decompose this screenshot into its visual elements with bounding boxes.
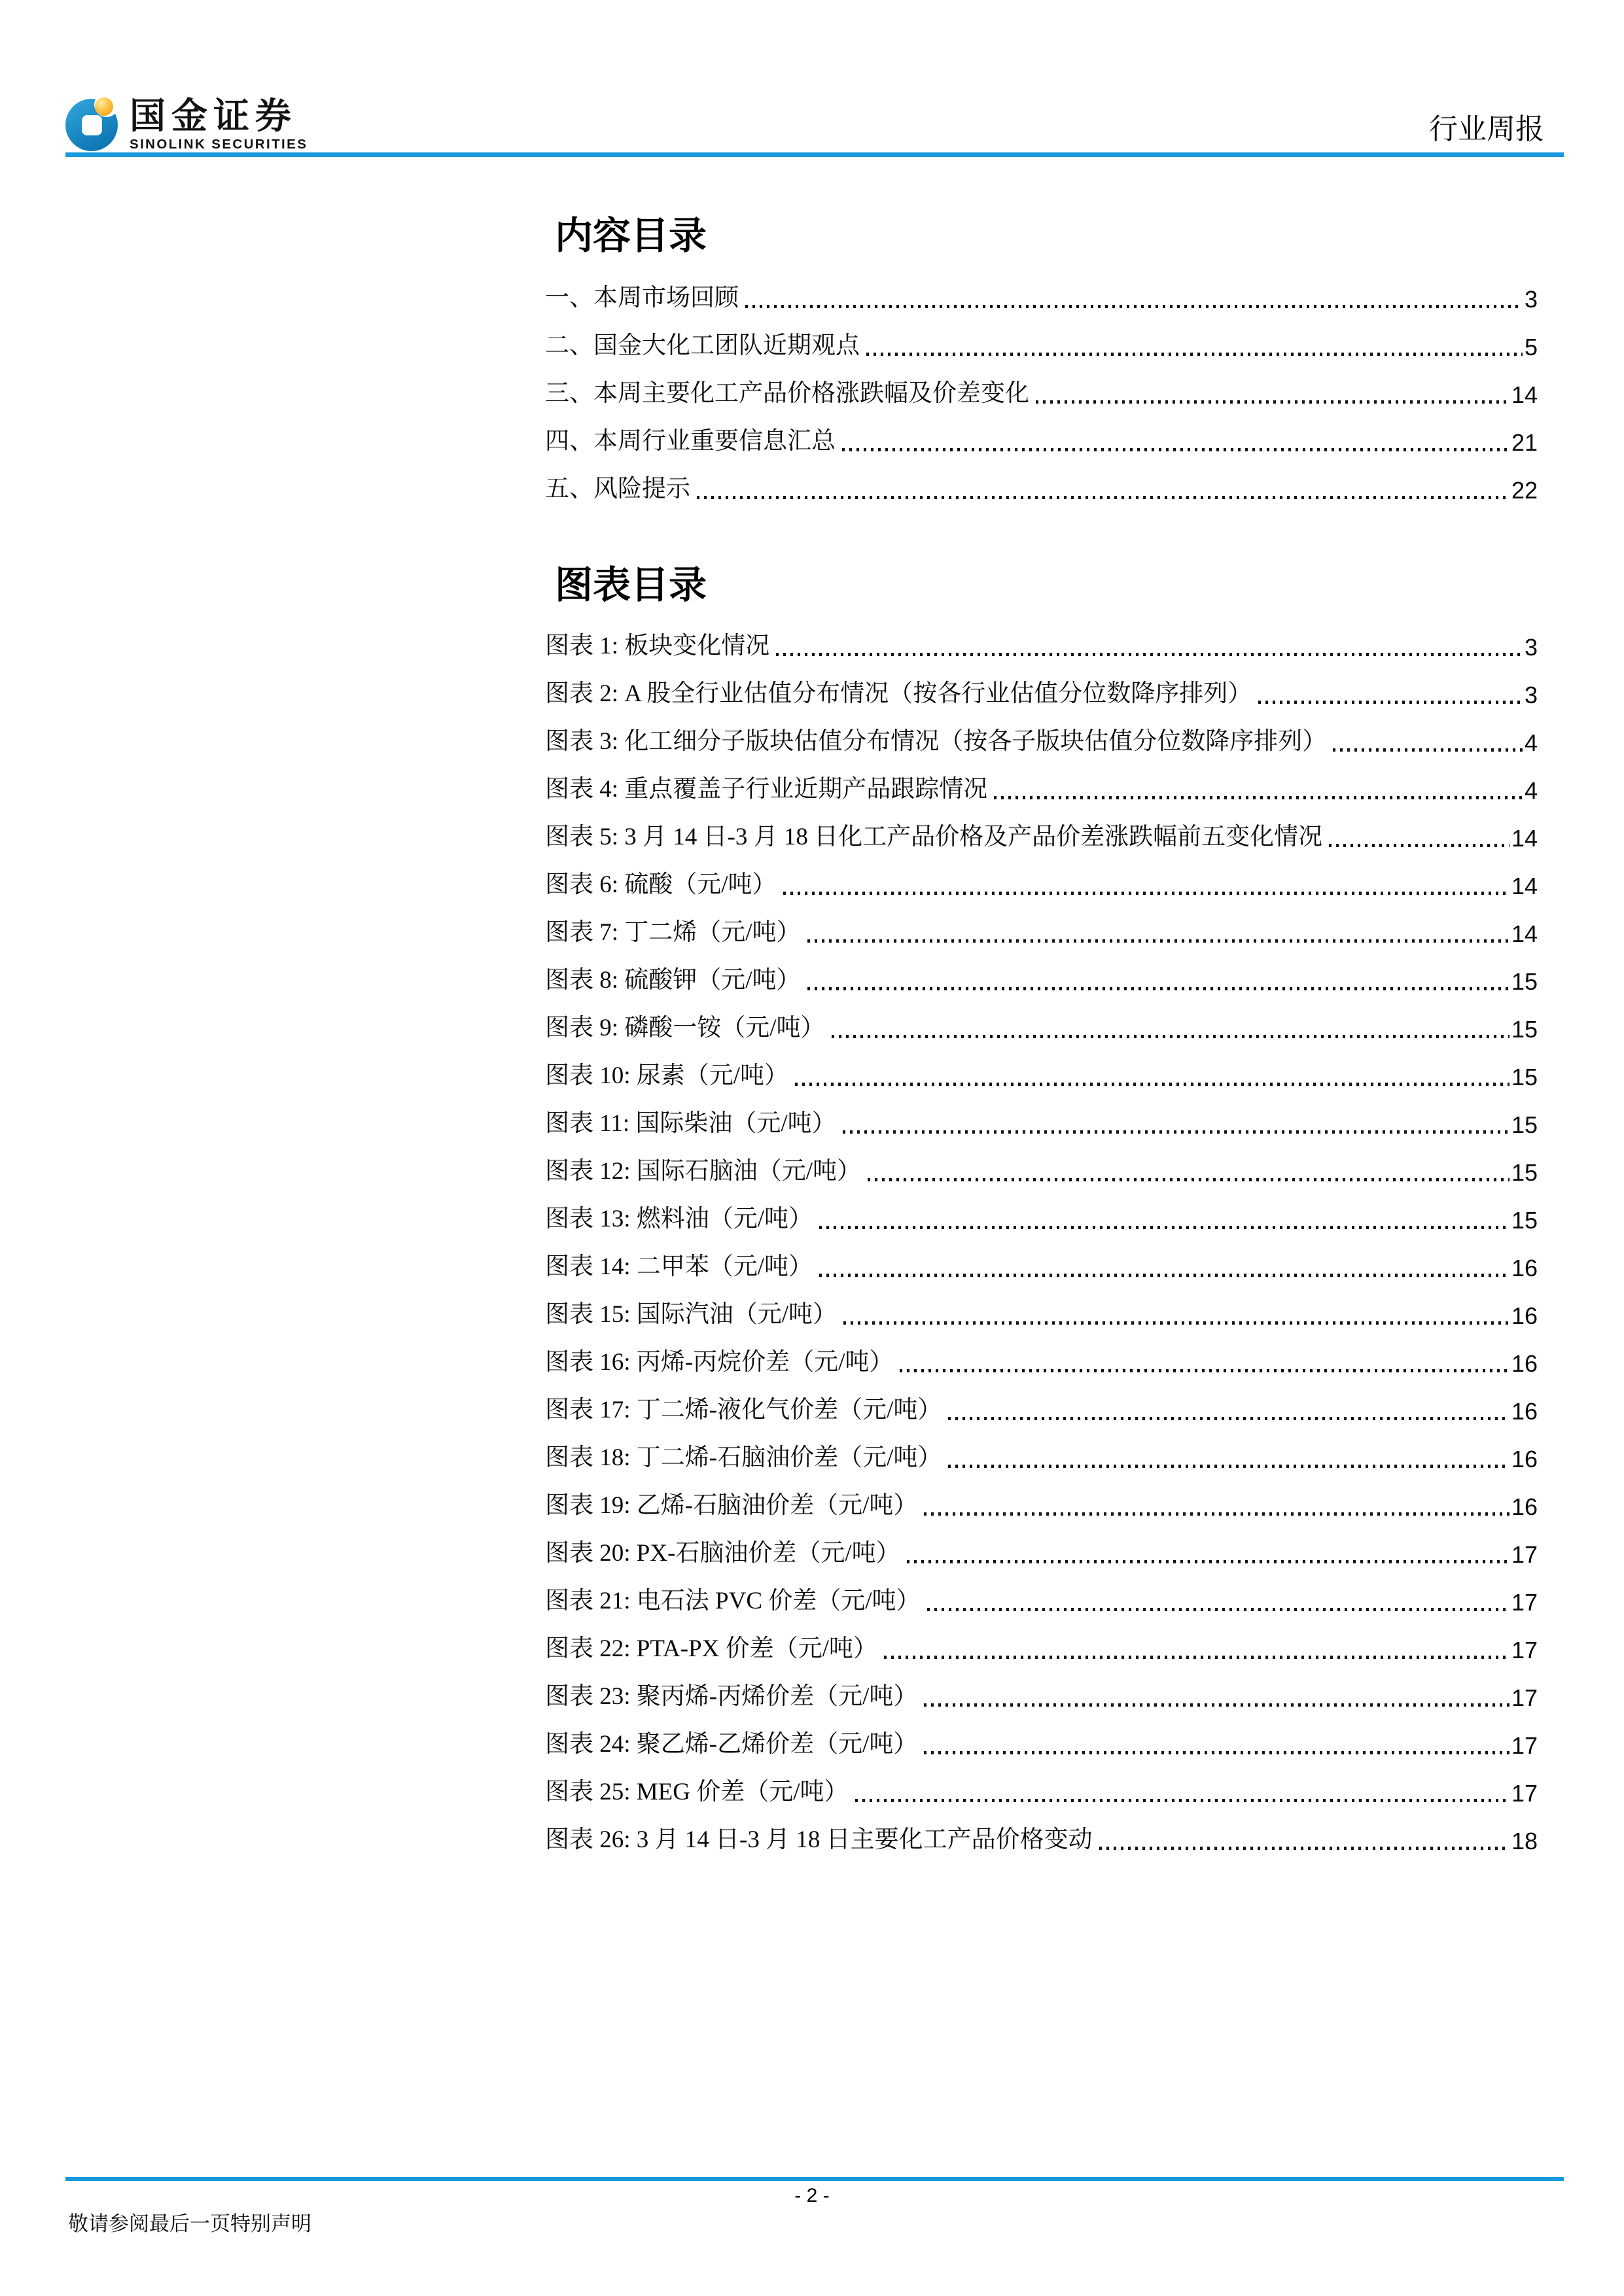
figure-item: 图表 5: 3 月 14 日-3 月 18 日化工产品价格及产品价差涨跌幅前五变… <box>545 803 1538 850</box>
entry-label: 图表 24: 聚乙烯-乙烯价差（元/吨） <box>545 1732 917 1758</box>
dotted-leader <box>924 1512 1509 1516</box>
footer-disclaimer: 敬请参阅最后一页特别声明 <box>68 2214 311 2234</box>
figure-item: 图表 20: PX-石脑油价差（元/吨）17 <box>545 1519 1538 1567</box>
footer-divider <box>65 2177 1564 2181</box>
dotted-leader <box>1329 844 1509 847</box>
entry-page-number: 17 <box>1511 1782 1538 1805</box>
logo-en-text: SINOLINK SECURITIES <box>130 138 308 152</box>
entry-label: 图表 7: 丁二烯（元/吨） <box>545 920 801 946</box>
entry-page-number: 16 <box>1511 1400 1538 1423</box>
entry-page-number: 21 <box>1511 431 1538 455</box>
entry-page-number: 3 <box>1525 636 1538 659</box>
entry-label: 一、本周市场回顾 <box>545 286 739 311</box>
figure-item: 图表 3: 化工细分子版块估值分布情况（按各子版块估值分位数降序排列）4 <box>545 707 1538 755</box>
figure-item: 图表 4: 重点覆盖子行业近期产品跟踪情况4 <box>545 755 1538 803</box>
dotted-leader <box>1258 701 1523 704</box>
figure-item: 图表 10: 尿素（元/吨）15 <box>545 1041 1538 1089</box>
entry-label: 图表 20: PX-石脑油价差（元/吨） <box>545 1541 900 1567</box>
entry-label: 图表 9: 磷酸一铵（元/吨） <box>545 1016 825 1041</box>
entry-page-number: 5 <box>1525 336 1538 359</box>
toc-item: 二、国金大化工团队近期观点5 <box>545 311 1538 359</box>
entry-page-number: 17 <box>1511 1639 1538 1662</box>
logo-text-block: 国金证券 SINOLINK SECURITIES <box>130 98 308 152</box>
figure-item: 图表 15: 国际汽油（元/吨）16 <box>545 1280 1538 1328</box>
dotted-leader <box>783 892 1509 895</box>
dotted-leader <box>1036 400 1509 404</box>
figure-item: 图表 17: 丁二烯-液化气价差（元/吨）16 <box>545 1376 1538 1423</box>
dotted-leader <box>884 1656 1509 1659</box>
dotted-leader <box>924 1703 1509 1707</box>
entry-page-number: 15 <box>1511 1209 1538 1232</box>
toc-item: 四、本周行业重要信息汇总21 <box>545 407 1538 455</box>
figure-item: 图表 24: 聚乙烯-乙烯价差（元/吨）17 <box>545 1710 1538 1758</box>
figure-item: 图表 14: 二甲苯（元/吨）16 <box>545 1232 1538 1280</box>
entry-page-number: 3 <box>1525 684 1538 707</box>
toc-list: 一、本周市场回顾3二、国金大化工团队近期观点5三、本周主要化工产品价格涨跌幅及价… <box>545 264 1538 502</box>
dotted-leader <box>900 1369 1509 1372</box>
dotted-leader <box>907 1560 1509 1563</box>
entry-label: 图表 15: 国际汽油（元/吨） <box>545 1302 837 1328</box>
figure-item: 图表 25: MEG 价差（元/吨）17 <box>545 1758 1538 1805</box>
toc-item: 一、本周市场回顾3 <box>545 264 1538 311</box>
dotted-leader <box>927 1608 1509 1611</box>
figure-item: 图表 26: 3 月 14 日-3 月 18 日主要化工产品价格变动18 <box>545 1805 1538 1853</box>
figure-item: 图表 16: 丙烯-丙烷价差（元/吨）16 <box>545 1328 1538 1376</box>
entry-label: 图表 26: 3 月 14 日-3 月 18 日主要化工产品价格变动 <box>545 1828 1093 1853</box>
entry-label: 图表 16: 丙烯-丙烷价差（元/吨） <box>545 1350 893 1376</box>
figure-item: 图表 12: 国际石脑油（元/吨）15 <box>545 1137 1538 1185</box>
entry-page-number: 17 <box>1511 1543 1538 1567</box>
entry-page-number: 17 <box>1511 1591 1538 1614</box>
entry-label: 图表 3: 化工细分子版块估值分布情况（按各子版块估值分位数降序排列） <box>545 729 1326 755</box>
dotted-leader <box>866 353 1523 356</box>
entry-page-number: 16 <box>1511 1304 1538 1328</box>
dotted-leader <box>948 1465 1509 1468</box>
entry-label: 三、本周主要化工产品价格涨跌幅及价差变化 <box>545 381 1029 407</box>
dotted-leader <box>776 653 1523 656</box>
dotted-leader <box>855 1799 1509 1802</box>
figure-item: 图表 8: 硫酸钾（元/吨）15 <box>545 946 1538 994</box>
figures-title: 图表目录 <box>555 566 707 604</box>
figure-item: 图表 23: 聚丙烯-丙烯价差（元/吨）17 <box>545 1662 1538 1710</box>
entry-page-number: 15 <box>1511 970 1538 994</box>
figure-item: 图表 11: 国际柴油（元/吨）15 <box>545 1089 1538 1137</box>
entry-label: 图表 2: A 股全行业估值分布情况（按各行业估值分位数降序排列） <box>545 682 1252 707</box>
figure-item: 图表 2: A 股全行业估值分布情况（按各行业估值分位数降序排列）3 <box>545 659 1538 707</box>
entry-label: 图表 12: 国际石脑油（元/吨） <box>545 1159 861 1185</box>
entry-page-number: 17 <box>1511 1734 1538 1758</box>
logo-cn-text: 国金证券 <box>130 98 308 134</box>
entry-page-number: 15 <box>1511 1113 1538 1137</box>
dotted-leader <box>819 1274 1509 1277</box>
figure-item: 图表 1: 板块变化情况3 <box>545 612 1538 659</box>
figures-list: 图表 1: 板块变化情况3图表 2: A 股全行业估值分布情况（按各行业估值分位… <box>545 612 1538 1853</box>
dotted-leader <box>994 796 1523 799</box>
entry-label: 图表 25: MEG 价差（元/吨） <box>545 1780 849 1805</box>
dotted-leader <box>1333 748 1523 752</box>
sinolink-logo-icon <box>65 94 119 156</box>
entry-label: 图表 14: 二甲苯（元/吨） <box>545 1255 813 1280</box>
entry-label: 五、风险提示 <box>545 477 690 502</box>
figure-item: 图表 22: PTA-PX 价差（元/吨）17 <box>545 1614 1538 1662</box>
entry-page-number: 16 <box>1511 1257 1538 1280</box>
header-divider <box>65 152 1564 157</box>
entry-page-number: 14 <box>1511 922 1538 946</box>
figure-item: 图表 19: 乙烯-石脑油价差（元/吨）16 <box>545 1471 1538 1519</box>
entry-label: 图表 13: 燃料油（元/吨） <box>545 1207 813 1232</box>
dotted-leader <box>745 305 1523 308</box>
entry-label: 二、国金大化工团队近期观点 <box>545 334 860 359</box>
dotted-leader <box>807 939 1509 943</box>
dotted-leader <box>697 496 1509 499</box>
entry-page-number: 16 <box>1511 1495 1538 1519</box>
entry-label: 图表 23: 聚丙烯-丙烯价差（元/吨） <box>545 1684 917 1710</box>
entry-page-number: 22 <box>1511 479 1538 502</box>
entry-page-number: 16 <box>1511 1448 1538 1471</box>
entry-page-number: 3 <box>1525 288 1538 311</box>
entry-label: 图表 22: PTA-PX 价差（元/吨） <box>545 1637 877 1662</box>
entry-label: 图表 21: 电石法 PVC 价差（元/吨） <box>545 1589 921 1614</box>
toc-item: 三、本周主要化工产品价格涨跌幅及价差变化14 <box>545 359 1538 407</box>
toc-item: 五、风险提示22 <box>545 455 1538 502</box>
entry-label: 图表 6: 硫酸（元/吨） <box>545 873 777 898</box>
dotted-leader <box>819 1226 1509 1229</box>
entry-label: 图表 8: 硫酸钾（元/吨） <box>545 968 801 994</box>
entry-label: 图表 4: 重点覆盖子行业近期产品跟踪情况 <box>545 777 987 803</box>
figure-item: 图表 18: 丁二烯-石脑油价差（元/吨）16 <box>545 1423 1538 1471</box>
entry-label: 图表 10: 尿素（元/吨） <box>545 1064 788 1089</box>
doc-type-label: 行业周报 <box>1429 115 1544 144</box>
entry-label: 四、本周行业重要信息汇总 <box>545 429 836 455</box>
dotted-leader <box>795 1083 1509 1086</box>
entry-page-number: 14 <box>1511 383 1538 407</box>
entry-label: 图表 11: 国际柴油（元/吨） <box>545 1111 836 1137</box>
entry-label: 图表 19: 乙烯-石脑油价差（元/吨） <box>545 1493 917 1519</box>
entry-page-number: 14 <box>1511 827 1538 850</box>
figure-item: 图表 21: 电石法 PVC 价差（元/吨）17 <box>545 1567 1538 1614</box>
figure-item: 图表 9: 磷酸一铵（元/吨）15 <box>545 994 1538 1041</box>
entry-page-number: 15 <box>1511 1066 1538 1089</box>
dotted-leader <box>948 1417 1509 1420</box>
dotted-leader <box>807 987 1509 990</box>
dotted-leader <box>832 1035 1509 1038</box>
dotted-leader <box>843 1321 1509 1325</box>
entry-label: 图表 1: 板块变化情况 <box>545 634 769 659</box>
dotted-leader <box>868 1178 1509 1181</box>
footer-page-number: - 2 - <box>0 2185 1624 2207</box>
entry-page-number: 16 <box>1511 1352 1538 1376</box>
figure-item: 图表 13: 燃料油（元/吨）15 <box>545 1185 1538 1232</box>
entry-page-number: 18 <box>1511 1830 1538 1853</box>
figure-item: 图表 6: 硫酸（元/吨）14 <box>545 850 1538 898</box>
entry-page-number: 15 <box>1511 1018 1538 1041</box>
figure-item: 图表 7: 丁二烯（元/吨）14 <box>545 898 1538 946</box>
entry-page-number: 15 <box>1511 1161 1538 1185</box>
entry-page-number: 4 <box>1525 779 1538 803</box>
dotted-leader <box>924 1751 1509 1754</box>
entry-page-number: 17 <box>1511 1686 1538 1710</box>
toc-title: 内容目录 <box>555 217 707 255</box>
entry-label: 图表 17: 丁二烯-液化气价差（元/吨） <box>545 1398 942 1423</box>
dotted-leader <box>1099 1847 1509 1850</box>
entry-page-number: 4 <box>1525 731 1538 755</box>
dotted-leader <box>843 1130 1509 1134</box>
dotted-leader <box>842 448 1509 451</box>
entry-label: 图表 5: 3 月 14 日-3 月 18 日化工产品价格及产品价差涨跌幅前五变… <box>545 825 1322 850</box>
entry-label: 图表 18: 丁二烯-石脑油价差（元/吨） <box>545 1446 942 1471</box>
entry-page-number: 14 <box>1511 875 1538 898</box>
